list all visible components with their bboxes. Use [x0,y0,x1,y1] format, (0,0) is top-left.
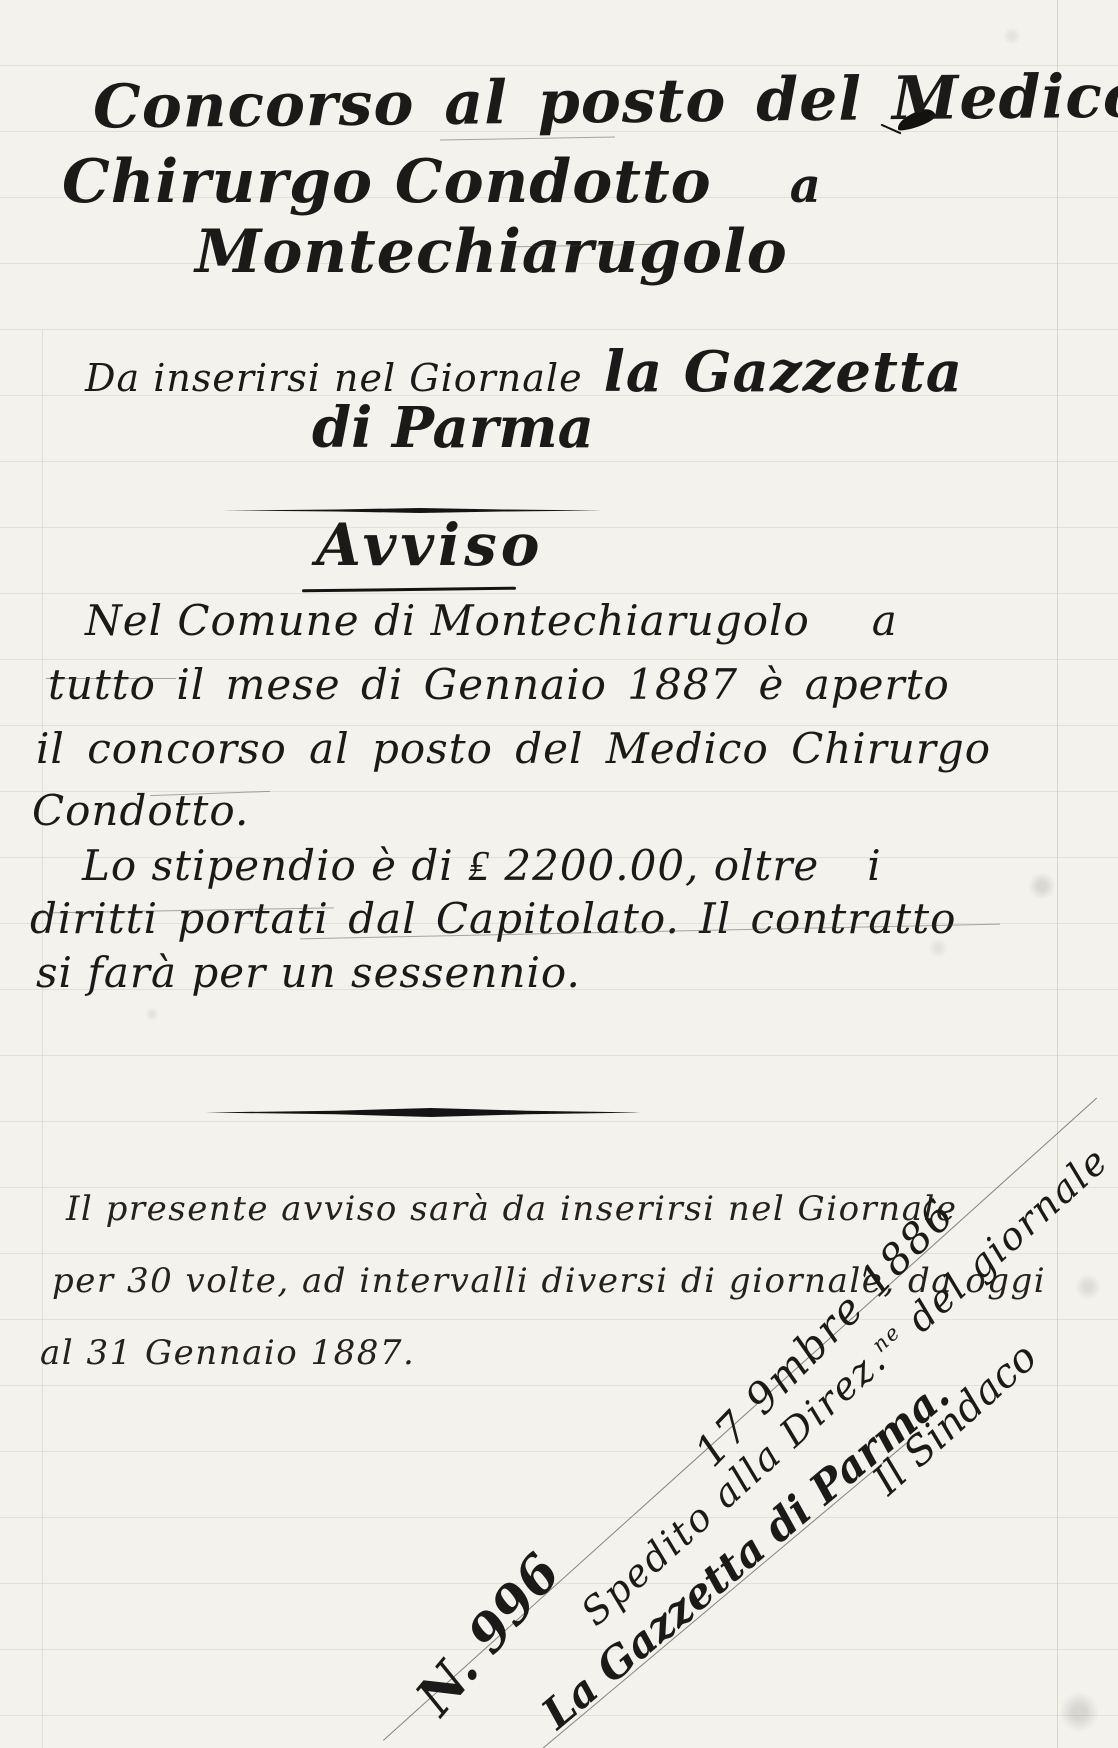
p2-l1-text: Lo stipendio è di ₤ 2200.00, oltre [82,841,819,890]
pub-l1-text: Il presente avviso sarà da inserirsi nel… [66,1189,957,1229]
notice-heading: Avviso [316,516,543,574]
p1-l3-text: il concorso al posto del Medico Chirurgo [36,724,991,773]
notice-heading-text: Avviso [316,511,543,579]
title-line-2-suffix: a [790,158,822,214]
pub-l3-text: al 31 Gennaio 1887. [40,1333,415,1373]
divider-bottom [205,1108,640,1117]
publication-note-line1: Il presente avviso sarà da inserirsi nel… [66,1192,957,1226]
p2-l1-suffix: i [867,841,881,890]
title-line-1: Concorso al posto del Medico [93,66,1118,137]
journal-name-part-2: di Parma [312,395,594,461]
page-crease-left [42,330,43,1748]
journal-name-part-1: la Gazzetta [604,339,963,405]
notice-paragraph2-line3: si farà per un sessennio. [36,952,581,994]
p1-l1-suffix: a [872,596,898,645]
insertion-note-prefix: Da inserirsi nel Giornale [85,356,583,400]
manuscript-page: Concorso al posto del Medico Chirurgo Co… [0,0,1118,1748]
title-line-2: Chirurgo Condottoa [62,152,822,212]
publication-note-line3: al 31 Gennaio 1887. [40,1336,415,1370]
insertion-note-line-2: di Parma [312,400,594,456]
page-crease-right [1057,0,1058,1748]
p1-l2-text: tutto il mese di Gennaio 1887 è aperto [48,660,950,709]
notice-heading-underline [302,587,516,593]
notice-paragraph2-line1: Lo stipendio è di ₤ 2200.00, oltrei [82,845,882,887]
title-line-1-text: Concorso al posto del Medico [93,61,1118,142]
notice-paragraph1-line3: il concorso al posto del Medico Chirurgo [36,728,991,770]
title-line-3-text: Montechiarugolo [195,217,788,287]
p2-l2-text: diritti portati dal Capitolato. Il contr… [30,894,956,943]
p1-l1-text: Nel Comune di Montechiarugolo [85,596,810,645]
notice-paragraph1-line1: Nel Comune di Montechiarugoloa [85,600,898,642]
notice-paragraph1-line4: Condotto. [32,790,249,832]
insertion-note-line-1: Da inserirsi nel Giornale la Gazzetta [85,344,963,400]
title-line-2-text: Chirurgo Condotto [62,147,712,217]
p2-l3-text: si farà per un sessennio. [36,948,581,997]
title-line-3: Montechiarugolo [195,222,788,282]
pencil-strike [46,678,176,679]
notice-paragraph1-line2: tutto il mese di Gennaio 1887 è aperto [48,664,950,706]
